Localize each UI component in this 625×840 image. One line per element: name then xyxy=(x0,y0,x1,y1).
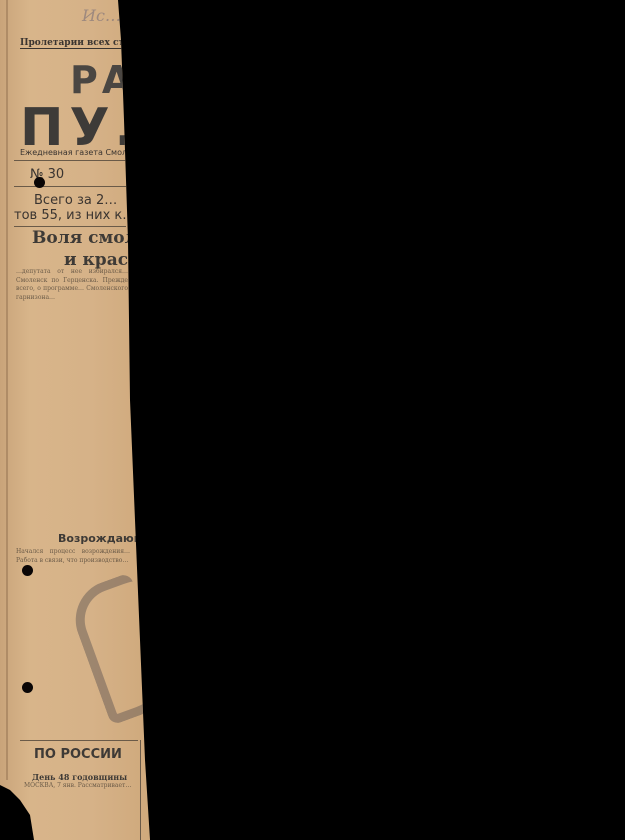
punch-hole xyxy=(22,565,33,576)
handwritten-note: Ис… xyxy=(82,6,121,25)
column-divider xyxy=(140,740,141,840)
section-heading: ПО РОССИИ xyxy=(34,747,122,762)
article-text: МОСКВА, 7 янв. Рассматривает… xyxy=(24,782,131,789)
divider xyxy=(14,186,126,187)
headline-main: Воля смолен… xyxy=(32,228,177,248)
masthead-subtitle: Ежедневная газета Смоленс… xyxy=(20,148,150,157)
headline-main-line2: и красно… xyxy=(64,250,169,270)
divider xyxy=(20,740,138,741)
article-text: Работа в связи, что производство… xyxy=(16,557,128,564)
masthead-title-line1: РА… xyxy=(70,58,177,102)
article-text: Начался процесс возрождения… xyxy=(16,548,130,555)
newspaper-fragment: Ис… Пролетарии всех стран, РА… ПУ… Ежедн… xyxy=(0,0,150,840)
divider xyxy=(14,160,126,161)
article-body: МОСКВА, 7 янв. Рассматривает… xyxy=(24,782,136,822)
divider xyxy=(14,226,126,227)
punch-hole xyxy=(34,177,45,188)
punch-hole xyxy=(22,682,33,693)
summary-line: Всего за 2… xyxy=(14,193,135,208)
masthead-motto: Пролетарии всех стран, xyxy=(20,38,146,49)
summary-banner: Всего за 2… тов 55, из них к… xyxy=(14,193,135,223)
paper-fold xyxy=(6,0,8,780)
article-body: …депутата от нее избирался… Смоленск по … xyxy=(16,268,128,526)
headline-section: Возрождающ… xyxy=(58,532,157,545)
summary-line: тов 55, из них к… xyxy=(14,208,135,223)
article-title: День 48 годовщины xyxy=(32,772,127,782)
